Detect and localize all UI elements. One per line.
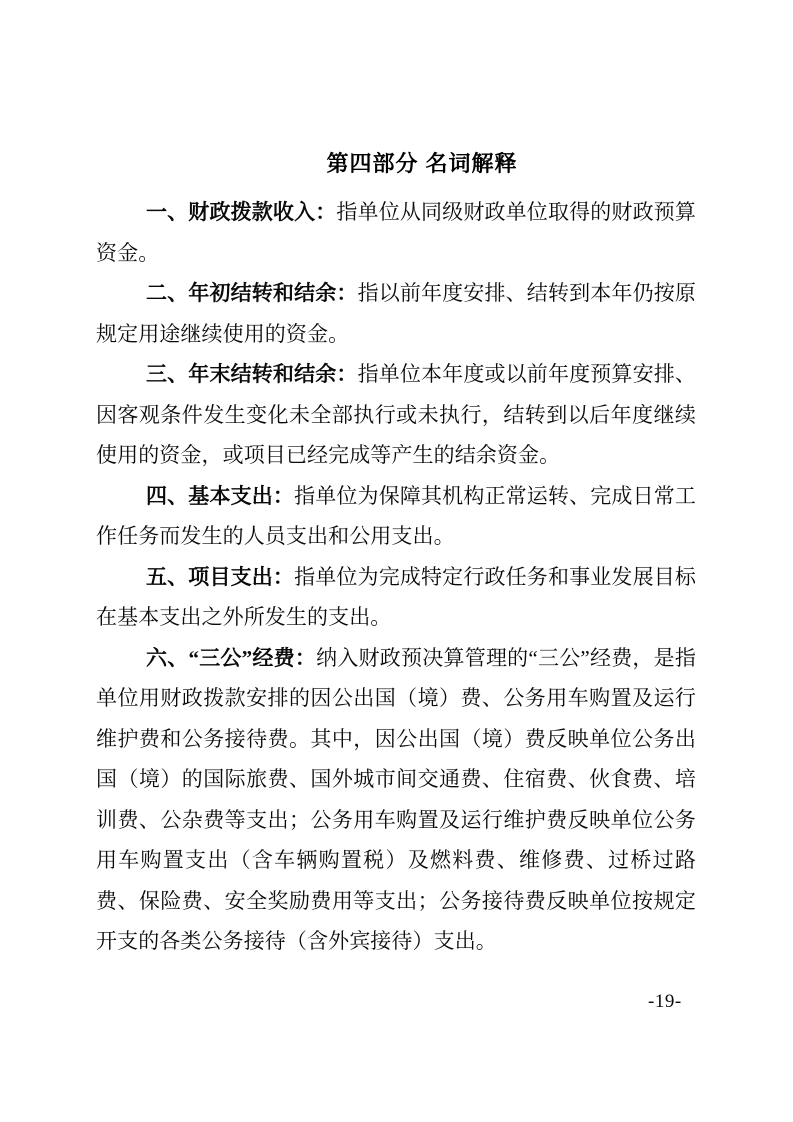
term-label: 四、基本支出：	[146, 484, 294, 508]
page-title: 第四部分 名词解释	[96, 146, 696, 182]
document-page: 第四部分 名词解释 一、财政拨款收入：指单位从同级财政单位取得的财政预算资金。 …	[0, 0, 793, 1122]
term-label: 五、项目支出：	[146, 565, 294, 589]
glossary-paragraph: 五、项目支出：指单位为完成特定行政任务和事业发展目标在基本支出之外所发生的支出。	[96, 557, 696, 638]
term-label: 一、财政拨款收入：	[146, 200, 336, 224]
glossary-paragraph: 一、财政拨款收入：指单位从同级财政单位取得的财政预算资金。	[96, 192, 696, 273]
term-label: 六、“三公”经费：	[146, 646, 316, 670]
term-definition: 纳入财政预决算管理的“三公”经费，是指单位用财政拨款安排的因公出国（境）费、公务…	[96, 646, 696, 954]
glossary-paragraph: 三、年末结转和结余：指单位本年度或以前年度预算安排、因客观条件发生变化未全部执行…	[96, 354, 696, 476]
term-label: 二、年初结转和结余：	[146, 281, 358, 305]
page-number: -19-	[648, 991, 682, 1013]
glossary-paragraph: 二、年初结转和结余：指以前年度安排、结转到本年仍按原规定用途继续使用的资金。	[96, 273, 696, 354]
glossary-paragraph: 四、基本支出：指单位为保障其机构正常运转、完成日常工作任务而发生的人员支出和公用…	[96, 476, 696, 557]
glossary-paragraph: 六、“三公”经费：纳入财政预决算管理的“三公”经费，是指单位用财政拨款安排的因公…	[96, 638, 696, 962]
term-label: 三、年末结转和结余：	[146, 362, 358, 386]
glossary-section: 一、财政拨款收入：指单位从同级财政单位取得的财政预算资金。 二、年初结转和结余：…	[96, 192, 696, 962]
